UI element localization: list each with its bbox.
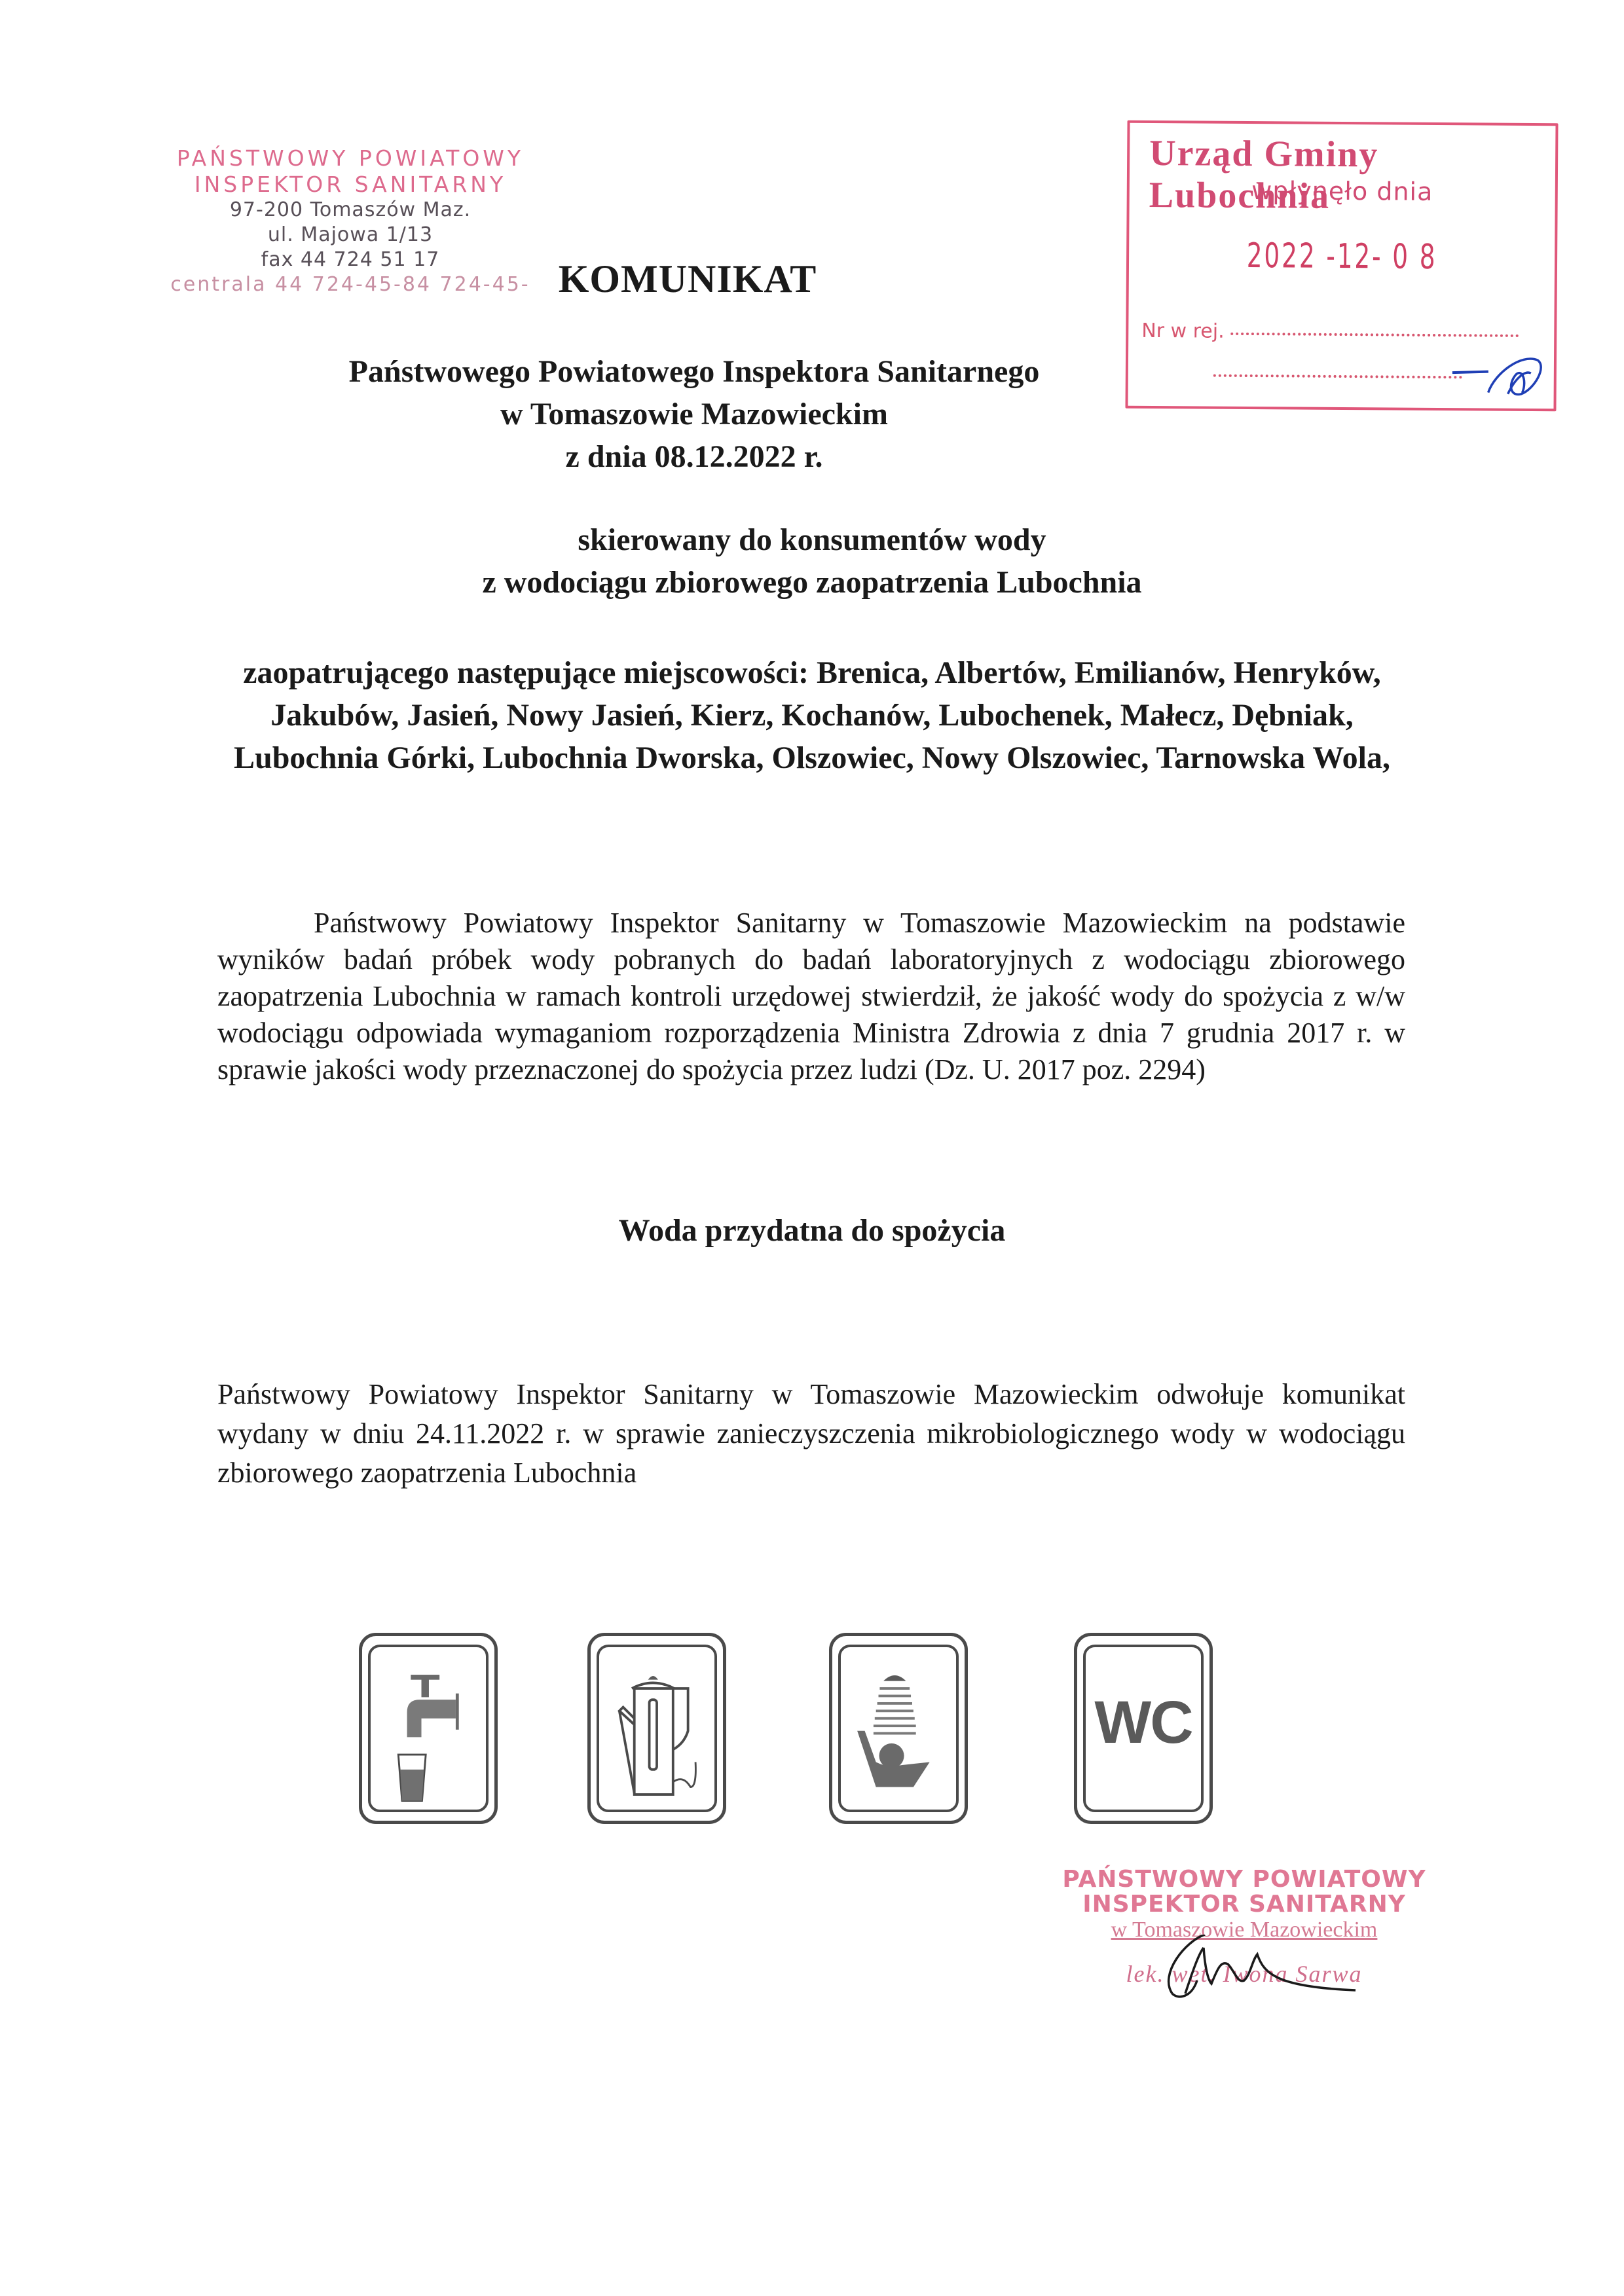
issuer-line: Państwowego Powiatowego Inspektora Sanit… (0, 350, 1388, 393)
shower-bath-icon (829, 1633, 968, 1824)
inbox-register-label: Nr w rej. (1141, 319, 1225, 343)
locations-list: zaopatrującego następujące miejscowości:… (210, 651, 1414, 779)
wc-icon: WC (1074, 1633, 1213, 1824)
paraph-signature-icon (1449, 353, 1547, 399)
sender-org-line2: Inspektor Sanitarny (167, 172, 534, 198)
addressee-line: skierowany do konsumentów wody (0, 519, 1624, 561)
kettle-icon (587, 1633, 726, 1824)
sender-address-line2: ul. Majowa 1/13 (167, 223, 534, 247)
usage-pictograms: WC (359, 1633, 1217, 1829)
revocation-paragraph: Państwowy Powiatowy Inspektor Sanitarny … (217, 1375, 1405, 1493)
signature-stamp-line1: PAŃSTWOWY POWIATOWY (1061, 1867, 1428, 1892)
quality-statement-paragraph: Państwowy Powiatowy Inspektor Sanitarny … (217, 905, 1405, 1088)
document-title: KOMUNIKAT (0, 257, 1375, 302)
addressee-block: skierowany do konsumentów wody z wodocią… (0, 519, 1624, 604)
drinking-water-tap-icon (359, 1633, 498, 1824)
wc-label: WC (1077, 1688, 1209, 1757)
handwritten-signature-icon (1146, 1935, 1362, 2007)
register-dotted-line (1230, 333, 1519, 337)
addressee-line: z wodociągu zbiorowego zaopatrzenia Lubo… (0, 561, 1624, 604)
inbox-received-label: wpłynęło dnia (1130, 175, 1555, 208)
verdict-heading: Woda przydatna do spożycia (0, 1211, 1624, 1250)
sender-address-line1: 97-200 Tomaszów Maz. (167, 198, 534, 223)
issuer-line: w Tomaszowie Mazowieckim (0, 393, 1388, 435)
inbox-register-row: Nr w rej. (1141, 319, 1541, 345)
signature-stamp-line2: INSPEKTOR SANITARNY (1061, 1892, 1428, 1917)
issuer-line: z dnia 08.12.2022 r. (0, 435, 1388, 478)
sender-org-line1: Państwowy Powiatowy (167, 145, 534, 172)
issuer-block: Państwowego Powiatowego Inspektora Sanit… (0, 350, 1388, 478)
